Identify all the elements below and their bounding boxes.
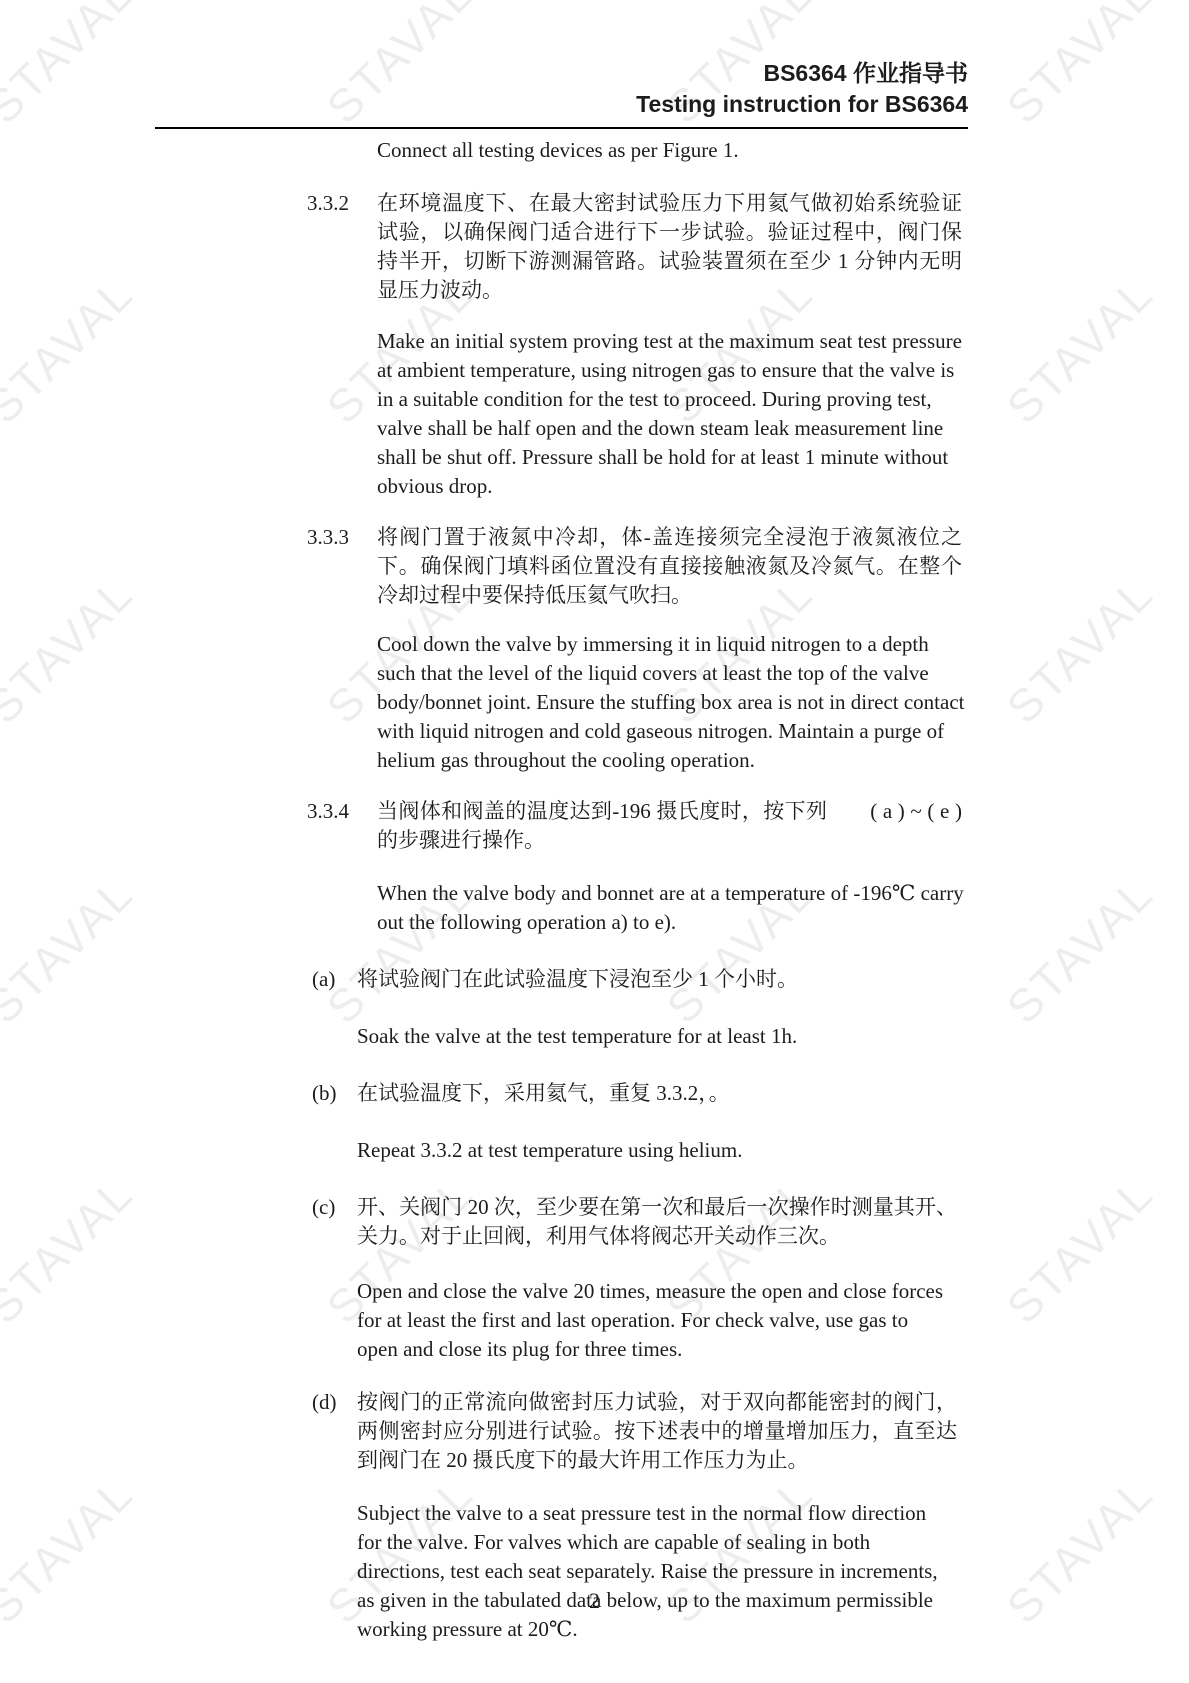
section-text-zh: 将阀门置于液氮中冷却，体-盖连接须完全浸泡于液氮液位之下。确保阀门填料函位置没有… [377,523,962,610]
item-text-zh: 在试验温度下，采用氦气，重复 3.3.2，。 [357,1079,957,1108]
section-text-zh: 当阀体和阀盖的温度达到-196 摄氏度时，按下列 ( a ) ~ ( e ) 的… [377,797,962,855]
document-body: Connect all testing devices as per Figur… [307,136,987,1644]
item-b: (b) 在试验温度下，采用氦气，重复 3.3.2，。 [312,1079,987,1108]
page-content: BS6364 作业指导书 Testing instruction for BS6… [0,0,1189,1644]
section-number: 3.3.2 [307,189,377,305]
item-letter: (c) [312,1193,357,1251]
item-text-zh: 开、关阀门 20 次，至少要在第一次和最后一次操作时测量其开、关力。对于止回阀，… [357,1193,957,1251]
section-text-en: When the valve body and bonnet are at a … [377,879,965,937]
section-number: 3.3.3 [307,523,377,610]
section-text-en: Cool down the valve by immersing it in l… [377,630,965,775]
item-a: (a) 将试验阀门在此试验温度下浸泡至少 1 个小时。 [312,965,987,994]
item-text-en: Open and close the valve 20 times, measu… [357,1277,952,1364]
item-text-zh: 按阀门的正常流向做密封压力试验，对于双向都能密封的阀门，两侧密封应分别进行试验。… [357,1388,957,1475]
item-letter: (d) [312,1388,357,1475]
section-3-3-4: 3.3.4 当阀体和阀盖的温度达到-196 摄氏度时，按下列 ( a ) ~ (… [307,797,987,855]
section-3-3-2: 3.3.2 在环境温度下、在最大密封试验压力下用氦气做初始系统验证试验，以确保阀… [307,189,987,305]
item-text-en: Subject the valve to a seat pressure tes… [357,1499,952,1644]
item-d: (d) 按阀门的正常流向做密封压力试验，对于双向都能密封的阀门，两侧密封应分别进… [312,1388,987,1475]
intro-line: Connect all testing devices as per Figur… [377,136,987,165]
header-title-en: Testing instruction for BS6364 [0,89,968,120]
item-text-zh: 将试验阀门在此试验温度下浸泡至少 1 个小时。 [357,965,957,994]
header-title-zh: BS6364 作业指导书 [0,58,968,89]
page-header: BS6364 作业指导书 Testing instruction for BS6… [0,0,1189,120]
item-c: (c) 开、关阀门 20 次，至少要在第一次和最后一次操作时测量其开、关力。对于… [312,1193,987,1251]
header-rule [155,127,968,129]
page-number: 2 [0,1588,1189,1614]
section-number: 3.3.4 [307,797,377,855]
item-letter: (b) [312,1079,357,1108]
item-text-en: Soak the valve at the test temperature f… [357,1022,952,1051]
document-page: STAVALSTAVALSTAVALSTAVALSTAVALSTAVALSTAV… [0,0,1189,1683]
section-text-zh: 在环境温度下、在最大密封试验压力下用氦气做初始系统验证试验，以确保阀门适合进行下… [377,189,962,305]
item-text-en: Repeat 3.3.2 at test temperature using h… [357,1136,952,1165]
section-3-3-3: 3.3.3 将阀门置于液氮中冷却，体-盖连接须完全浸泡于液氮液位之下。确保阀门填… [307,523,987,610]
section-text-en: Make an initial system proving test at t… [377,327,965,501]
item-letter: (a) [312,965,357,994]
